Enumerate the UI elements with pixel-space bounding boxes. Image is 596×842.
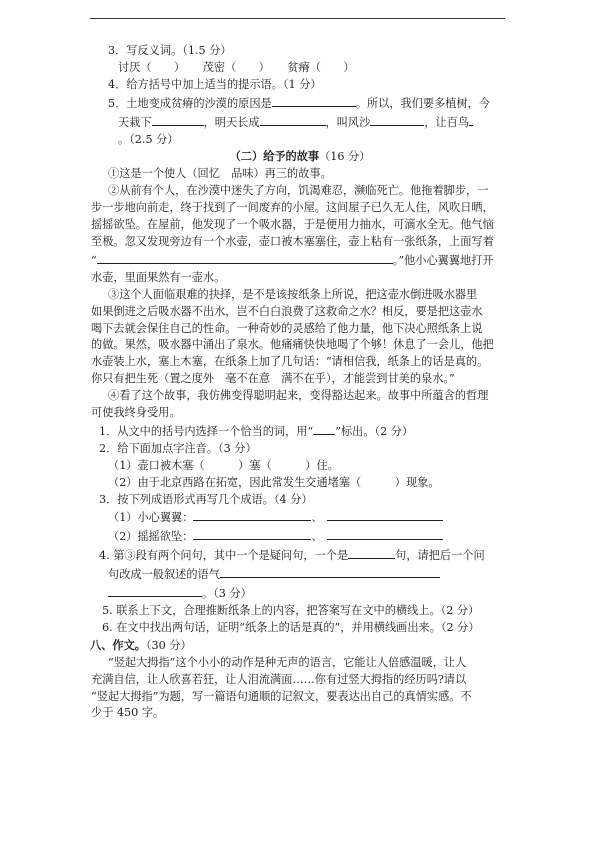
question-text: 。（3 分）	[202, 587, 252, 600]
paragraph-line: 可使我终身受用。	[91, 405, 509, 422]
paragraph-line: 的做。果然，吸水器中涌出了泉水。他痛痛快快地喝了个够！休息了一会儿，他把	[91, 337, 509, 354]
idiom-blank-4[interactable]	[327, 527, 443, 540]
prompt-line: 少于 450 字。	[91, 705, 509, 722]
question-1: 1．从文中的括号内选择一个恰当的词，用“”标出。（2 分）	[91, 422, 509, 441]
prompt-line: 充满自信，让人欣喜若狂，让人泪流满面……你有过竖大拇指的经历吗?请以	[91, 672, 509, 689]
q5-text: 。所以，我们要多植树，今	[356, 97, 490, 110]
paragraph-line: ③这个人面临艰难的抉择，是不是该按纸条上所说，把这壶水倒进吸水器里	[91, 287, 509, 304]
question-2-item-2[interactable]: （2）由于北京西路在拓宽，因此常发生交通堵塞（ ）现象。	[91, 475, 509, 492]
question-3: 3．按下列成语形式再写几个成语。（4 分）	[91, 492, 509, 509]
paragraph-line: ②从前有个人，在沙漠中迷失了方向，饥渴难忍，濒临死亡。他拖着脚步，一	[91, 183, 509, 200]
q5-answer-blank-2[interactable]	[152, 113, 204, 126]
q4-rewrite-blank-2[interactable]	[108, 584, 202, 597]
paragraph-line: 水壶装上水，塞上木塞，在纸条上加了几句话：“请相信我，纸条上的话是真的。	[91, 354, 509, 371]
q5-text: 5．土地变成贫瘠的沙漠的原因是	[108, 97, 272, 110]
q3-antonym-heading: 3．写反义词。（1.5 分）	[91, 43, 509, 60]
idiom-label: （1）小心翼翼：	[108, 511, 193, 524]
antonym-blank-3[interactable]: 贫瘠（ ）	[287, 61, 354, 74]
question-4-line-1: 4. 第③段有两个问句，其中一个是疑问句，一个是句，请把后一个问	[91, 546, 509, 565]
idiom-blank-3[interactable]	[193, 527, 311, 540]
question-4-line-3: 。（3 分）	[91, 584, 509, 603]
question-6: 6. 在文中找出两句话，证明“纸条上的话是真的”，并用横线画出来。（2 分）	[91, 620, 509, 637]
q5-text: ，明天长成	[204, 116, 260, 129]
q5-line-1: 5．土地变成贫瘠的沙漠的原因是。所以，我们要多植树，今	[91, 94, 509, 113]
section-title-text: 八、作文。	[90, 638, 146, 652]
q4-rewrite-blank-1[interactable]	[220, 565, 440, 578]
question-text: ”标出。（2 分）	[335, 425, 413, 438]
q4-prompt-heading: 4．给方括号中加上适当的提示语。（1 分）	[91, 77, 509, 94]
separator: 、	[311, 511, 322, 524]
question-5: 5. 联系上下文，合理推断纸条上的内容，把答案写在文中的横线上。（2 分）	[91, 603, 509, 620]
q5-text: 天栽下	[118, 116, 152, 129]
composition-prompt: “竖起大拇指”这个小小的动作是种无声的语言，它能让人倍感温暖，让人 充满自信，让…	[91, 655, 509, 723]
question-3-item-1: （1）小心翼翼：、	[91, 508, 509, 527]
paragraph-line: 摇摇欲坠。在屋前，他发现了一个吸水器，于是便用力抽水，可滴水全无。他气恼	[91, 217, 509, 234]
paragraph-line: ④看了这个故事，我仿佛变得聪明起来，变得豁达起来。故事中所蕴含的哲理	[91, 388, 509, 405]
prompt-line: “竖起大拇指”这个小小的动作是种无声的语言，它能让人倍感温暖，让人	[91, 655, 509, 672]
question-text: 句改成一般叙述的语气	[108, 568, 220, 581]
q5-answer-blank-5[interactable]	[469, 113, 473, 126]
prompt-line: “竖起大拇指”为题，写一篇语句通顺的记叙文，要表达出自己的真情实感。不	[91, 689, 509, 706]
paragraph-4: ④看了这个故事，我仿佛变得聪明起来，变得豁达起来。故事中所蕴含的哲理 可使我终身…	[91, 388, 509, 422]
paragraph-1: ①这是一个使人（回忆 品味）再三的故事。	[91, 166, 509, 183]
paragraph-line: 你只有把生死（置之度外 毫不在意 满不在乎），才能尝到甘美的泉水。”	[91, 371, 509, 388]
section-points: （16 分）	[319, 150, 370, 163]
paragraph-2: ②从前有个人，在沙漠中迷失了方向，饥渴难忍，濒临死亡。他拖着脚步，一 步一步地向…	[91, 183, 509, 286]
idiom-blank-2[interactable]	[327, 508, 443, 521]
question-3-item-2: （2）摇摇欲坠：、	[91, 527, 509, 546]
section-points: （30 分）	[146, 639, 192, 652]
q1-mark-blank	[313, 422, 335, 435]
idiom-label: （2）摇摇欲坠：	[108, 530, 193, 543]
quote-close-text: 。”他小心翼翼地打开	[393, 254, 494, 267]
paragraph-line-quote: “。”他小心翼翼地打开	[91, 251, 509, 270]
paragraph-line: 至极。忽又发现旁边有一个水壶，壶口被木塞塞住，壶上粘有一张纸条，上面写着	[91, 234, 509, 251]
question-text: 4. 第③段有两个问句，其中一个是疑问句，一个是	[99, 549, 348, 562]
q5-answer-blank-1[interactable]	[272, 94, 356, 107]
q5-text: ，叫风沙	[326, 116, 371, 129]
paragraph-line: 水壶，里面果然有一壶水。	[91, 270, 509, 287]
paragraph-line: 步一步地向前走，终于找到了一间废弃的小屋。这间屋子已久无人住，风吹日晒，	[91, 200, 509, 217]
section-title-text: （二）给予的故事	[230, 149, 320, 163]
q5-line-2: 天栽下，明天长成，叫风沙，让百鸟	[91, 113, 509, 132]
q5-line-3: 。（2.5 分）	[91, 132, 509, 149]
separator: 、	[311, 530, 322, 543]
q4-sentence-type-blank[interactable]	[348, 546, 395, 559]
question-4-line-2: 句改成一般叙述的语气	[91, 565, 509, 584]
section-8-title: 八、作文。（30 分）	[90, 637, 509, 655]
question-2: 2．给下面加点字注音。（3 分）	[91, 441, 509, 458]
idiom-blank-1[interactable]	[193, 508, 311, 521]
q5-text: ，让百鸟	[424, 116, 469, 129]
paragraph-line: 喝下去就会保住自己的性命。一种奇妙的灵感给了他力量，他下决心照纸条上说	[91, 321, 509, 338]
question-text: 句，请把后一个问	[395, 549, 485, 562]
antonym-blank-2[interactable]: 茂密（ ）	[203, 61, 270, 74]
q3-antonym-words: 讨厌（ ） 茂密（ ） 贫瘠（ ）	[91, 60, 509, 77]
question-text: 1．从文中的括号内选择一个恰当的词，用“	[99, 425, 313, 438]
header-rule	[90, 18, 505, 19]
q5-answer-blank-3[interactable]	[260, 113, 326, 126]
paragraph-line: 如果倒进之后吸水器不出水，岂不白白浪费了这救命之水？相反，要是把这壶水	[91, 304, 509, 321]
question-2-item-1[interactable]: （1）壶口被木塞（ ）塞（ ）住。	[91, 458, 509, 475]
note-content-blank[interactable]	[97, 251, 393, 264]
antonym-blank-1[interactable]: 讨厌（ ）	[118, 61, 185, 74]
exam-page: 3．写反义词。（1.5 分） 讨厌（ ） 茂密（ ） 贫瘠（ ） 4．给方括号中…	[91, 43, 509, 722]
section-2-title: （二）给予的故事（16 分）	[91, 148, 509, 166]
paragraph-3: ③这个人面临艰难的抉择，是不是该按纸条上所说，把这壶水倒进吸水器里 如果倒进之后…	[91, 287, 509, 388]
q5-answer-blank-4[interactable]	[370, 113, 424, 126]
